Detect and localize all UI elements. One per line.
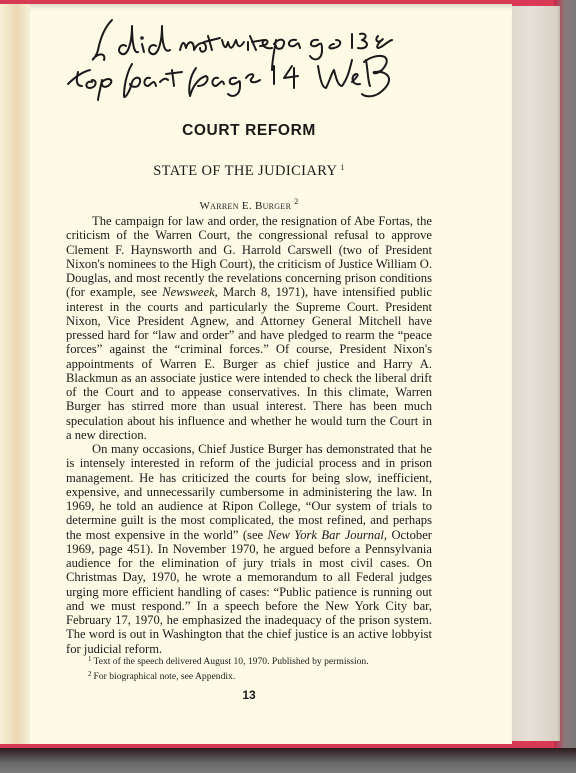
book-cover-bottom <box>0 748 576 773</box>
author-byline: Warren E. Burger2 <box>66 197 432 212</box>
footnote-1-mark: 1 <box>88 655 92 663</box>
footnote-2: 2For biographical note, see Appendix. <box>66 668 432 683</box>
footnote-2-mark: 2 <box>88 670 92 678</box>
paragraph-2-text-b: October 1969, page 451). In November 197… <box>66 528 432 656</box>
author-name: Warren E. Burger <box>199 200 291 212</box>
paragraph-1-text-b: March 8, 1971), have intensified public … <box>66 285 432 442</box>
paragraph-2: On many occasions, Chief Justice Burger … <box>66 442 432 656</box>
footnote-1-text: Text of the speech delivered August 10, … <box>94 656 369 667</box>
handwritten-inscription: I did not write page 13 & top part page … <box>60 12 460 102</box>
footnote-1: 1Text of the speech delivered August 10,… <box>66 653 432 668</box>
paragraph-1-citation-newsweek: Newsweek, <box>162 285 218 299</box>
paragraph-1: The campaign for law and order, the resi… <box>66 214 432 442</box>
paragraph-2-citation-nybj: New York Bar Journal, <box>268 528 387 542</box>
page-stack-edge <box>510 6 560 741</box>
handwriting-strokes-icon <box>60 12 460 102</box>
article-title-text: STATE OF THE JUDICIARY <box>153 163 337 179</box>
footnotes: 1Text of the speech delivered August 10,… <box>66 653 432 683</box>
article-title: STATE OF THE JUDICIARY1 <box>66 163 432 180</box>
footnote-ref-2: 2 <box>294 197 298 206</box>
page-number: 13 <box>66 688 432 702</box>
page-gutter <box>0 4 30 744</box>
footnote-ref-1: 1 <box>340 163 344 172</box>
article-body: The campaign for law and order, the resi… <box>66 214 432 656</box>
footnote-2-text: For biographical note, see Appendix. <box>94 671 236 682</box>
section-title: COURT REFORM <box>66 122 432 140</box>
